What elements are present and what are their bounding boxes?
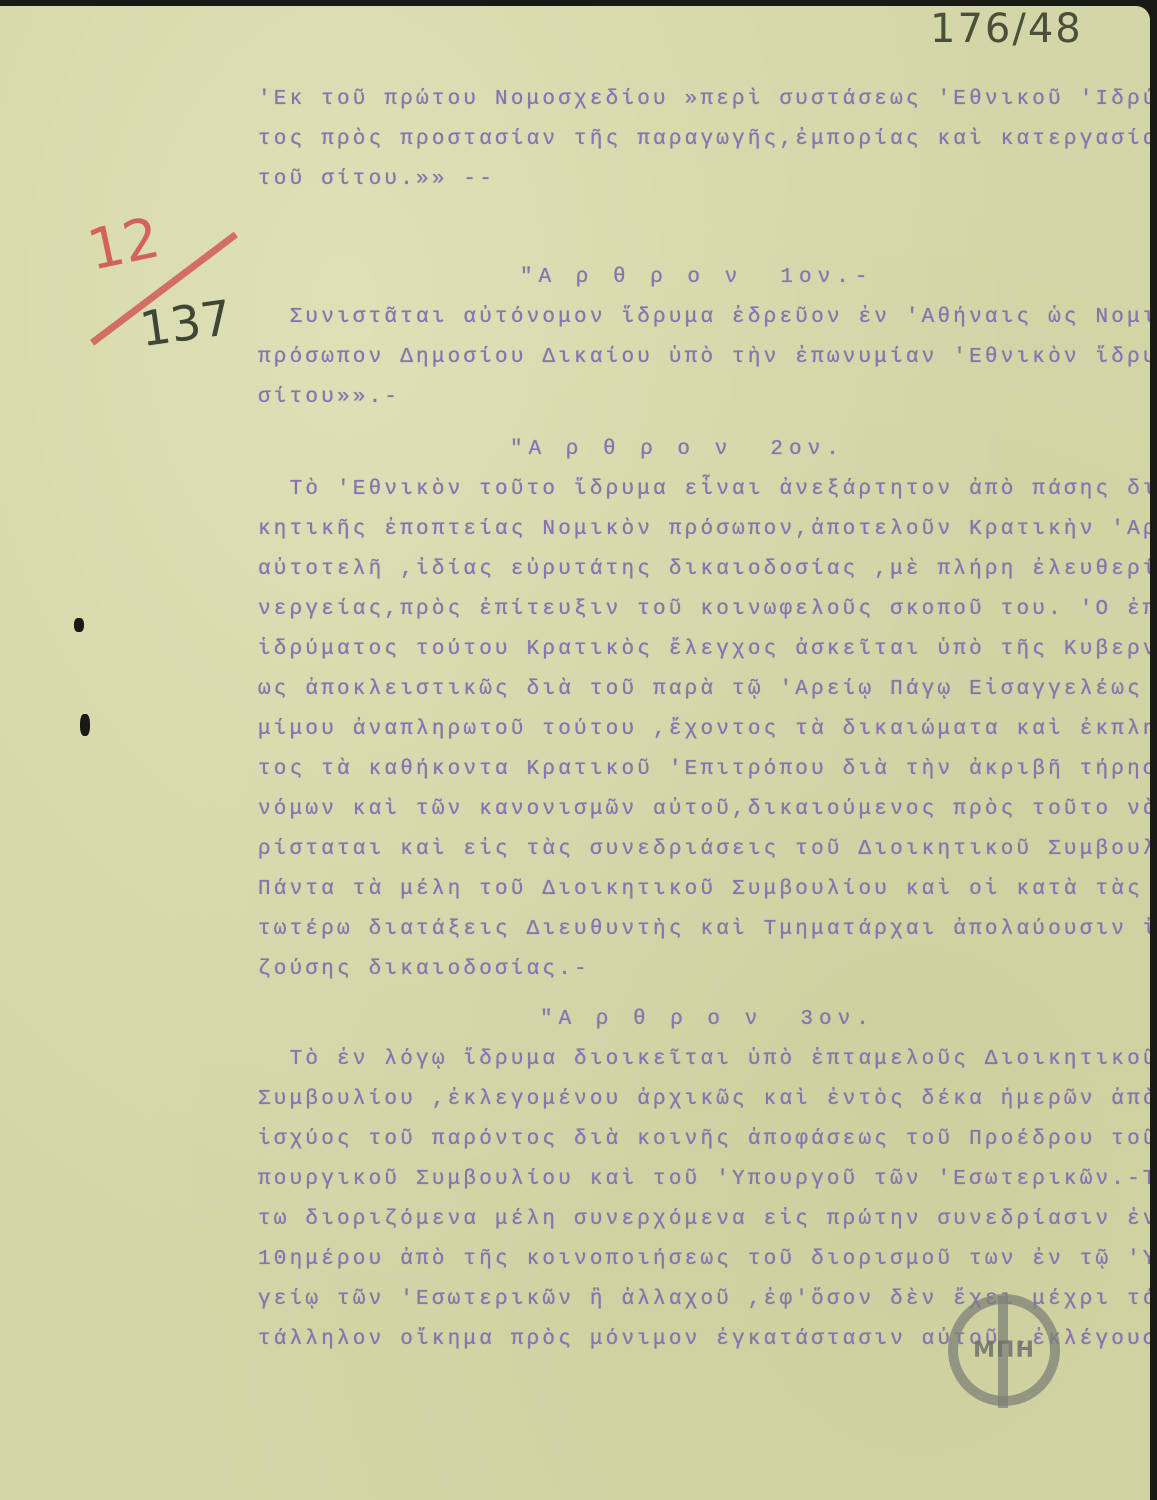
article-2-line-8: τος τὰ καθήκοντα Κρατικοῦ 'Επιτρόπου διὰ… (258, 758, 1150, 781)
article-3-line-6: 10ημέρου ἀπὸ τῆς κοινοποιήσεως τοῦ διορι… (258, 1248, 1150, 1271)
intro-line-3: τοῦ σίτου.»» -- (258, 168, 495, 191)
article-2-line-3: αὐτοτελῆ ,ἰδίας εὐρυτάτης δικαιοδοσίας ,… (258, 558, 1150, 581)
article-3-line-2: Συμβουλίου ,ἐκλεγομένου ἀρχικῶς καὶ ἐντὸ… (258, 1088, 1150, 1111)
article-2-line-6: ως ἀποκλειστικῶς διὰ τοῦ παρὰ τῷ 'Αρείῳ … (258, 678, 1150, 701)
archive-stamp: ΜΠΗ (948, 1294, 1060, 1406)
article-2-line-13: ζούσης δικαιοδοσίας.- (258, 958, 590, 981)
intro-line-1: 'Εκ τοῦ πρώτου Νομοσχεδίου »περὶ συστάσε… (258, 88, 1150, 111)
article-2-line-9: νόμων καὶ τῶν κανονισμῶν αὐτοῦ,δικαιούμε… (258, 798, 1150, 821)
article-1-line-1: Συνιστᾶται αὐτόνομον ἵδρυμα ἑδρεῦον ἐν '… (258, 306, 1150, 329)
article-2-line-12: τωτέρω διατάξεις Διευθυντὴς καὶ Τμηματάρ… (258, 918, 1150, 941)
article-2-heading: "Α ρ θ ρ ο ν 2ον. (510, 438, 845, 461)
archive-number: 176/48 (930, 6, 1083, 52)
pencil-margin-number: 137 (137, 290, 236, 358)
article-2-line-10: ρίσταται καὶ εἰς τὰς συνεδριάσεις τοῦ Δι… (258, 838, 1150, 861)
article-2-line-5: ἱδρύματος τούτου Κρατικὸς ἔλεγχος ἀσκεῖτ… (258, 638, 1150, 661)
article-3-line-3: ἰσχύος τοῦ παρόντος διὰ κοινῆς ἀποφάσεως… (258, 1128, 1150, 1151)
article-2-line-4: νεργείας,πρὸς ἐπίτευξιν τοῦ κοινωφελοῦς … (258, 598, 1150, 621)
article-2-line-11: Πάντα τὰ μέλη τοῦ Διοικητικοῦ Συμβουλίου… (258, 878, 1150, 901)
article-2-line-1: Τὸ 'Εθνικὸν τοῦτο ἵδρυμα εἶναι ἀνεξάρτητ… (258, 478, 1150, 501)
article-1-line-3: σίτου»».- (258, 386, 400, 409)
article-3-heading: "Α ρ θ ρ ο ν 3ον. (540, 1008, 875, 1031)
binding-hole-top (74, 618, 84, 632)
article-1-line-2: πρόσωπον Δημοσίου Δικαίου ὑπὸ τὴν ἐπωνυμ… (258, 346, 1150, 369)
article-1-heading: "Α ρ θ ρ ο ν 1ον.- (520, 266, 873, 289)
article-3-line-4: πουργικοῦ Συμβουλίου καὶ τοῦ 'Υπουργοῦ τ… (258, 1168, 1150, 1191)
binding-hole-bottom (80, 714, 90, 736)
red-margin-number: 12 (82, 205, 165, 283)
article-2-line-2: κητικῆς ἐποπτείας Νομικὸν πρόσωπον,ἀποτε… (258, 518, 1150, 541)
article-2-line-7: μίμου ἀναπληρωτοῦ τούτου ,ἔχοντος τὰ δικ… (258, 718, 1150, 741)
article-3-line-1: Τὸ ἐν λόγῳ ἵδρυμα διοικεῖται ὑπὸ ἑπταμελ… (258, 1048, 1150, 1071)
document-page: 176/48 12 137 'Εκ τοῦ πρώτου Νομοσχεδίου… (0, 6, 1150, 1500)
intro-line-2: τος πρὸς προστασίαν τῆς παραγωγῆς,ἐμπορί… (258, 128, 1150, 151)
article-3-line-5: τω διοριζόμενα μέλη συνερχόμενα εἰς πρώτ… (258, 1208, 1150, 1231)
stamp-text: ΜΠΗ (962, 1338, 1046, 1363)
